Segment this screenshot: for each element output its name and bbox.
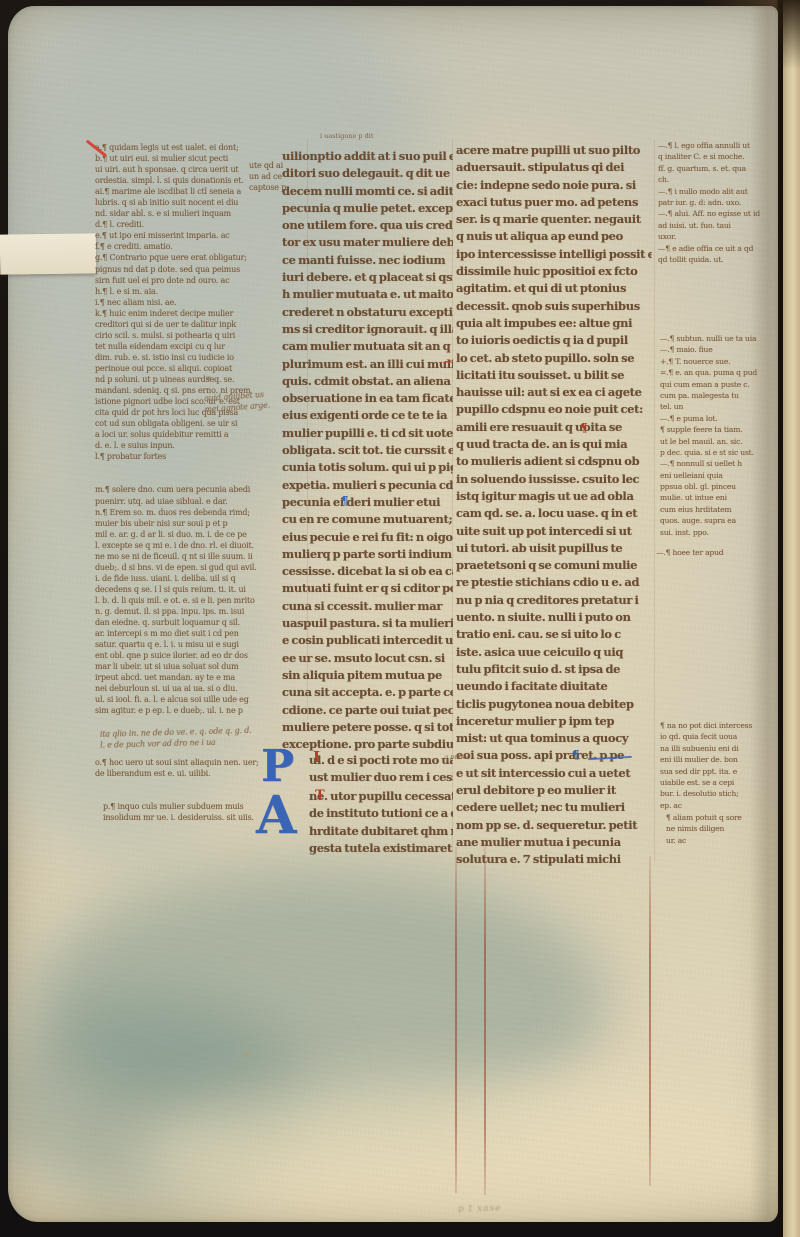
ruling-line	[649, 856, 651, 1186]
paragraph-mark-blue: ¶	[572, 749, 580, 761]
paragraph-mark-blue: ¶	[341, 495, 349, 507]
ruling-line	[484, 843, 486, 1195]
initial-red-t: T	[315, 788, 325, 803]
gloss-rule	[307, 140, 308, 720]
paragraph-mark-red: ¶	[580, 422, 588, 434]
column-rule	[654, 140, 655, 862]
ruling-line	[455, 847, 457, 1193]
red-pen-slash	[86, 140, 108, 158]
blue-flourish	[588, 756, 632, 760]
column-rule	[452, 140, 453, 852]
initial-red-i: I	[313, 750, 320, 765]
manuscript-photo: i uastigone p dit ute qd aiun ad cecapto…	[0, 0, 800, 1237]
text-layer: i uastigone p dit ute qd aiun ad cecapto…	[0, 0, 800, 1237]
marks-layer: ¶¶¶IT~	[0, 0, 800, 1237]
